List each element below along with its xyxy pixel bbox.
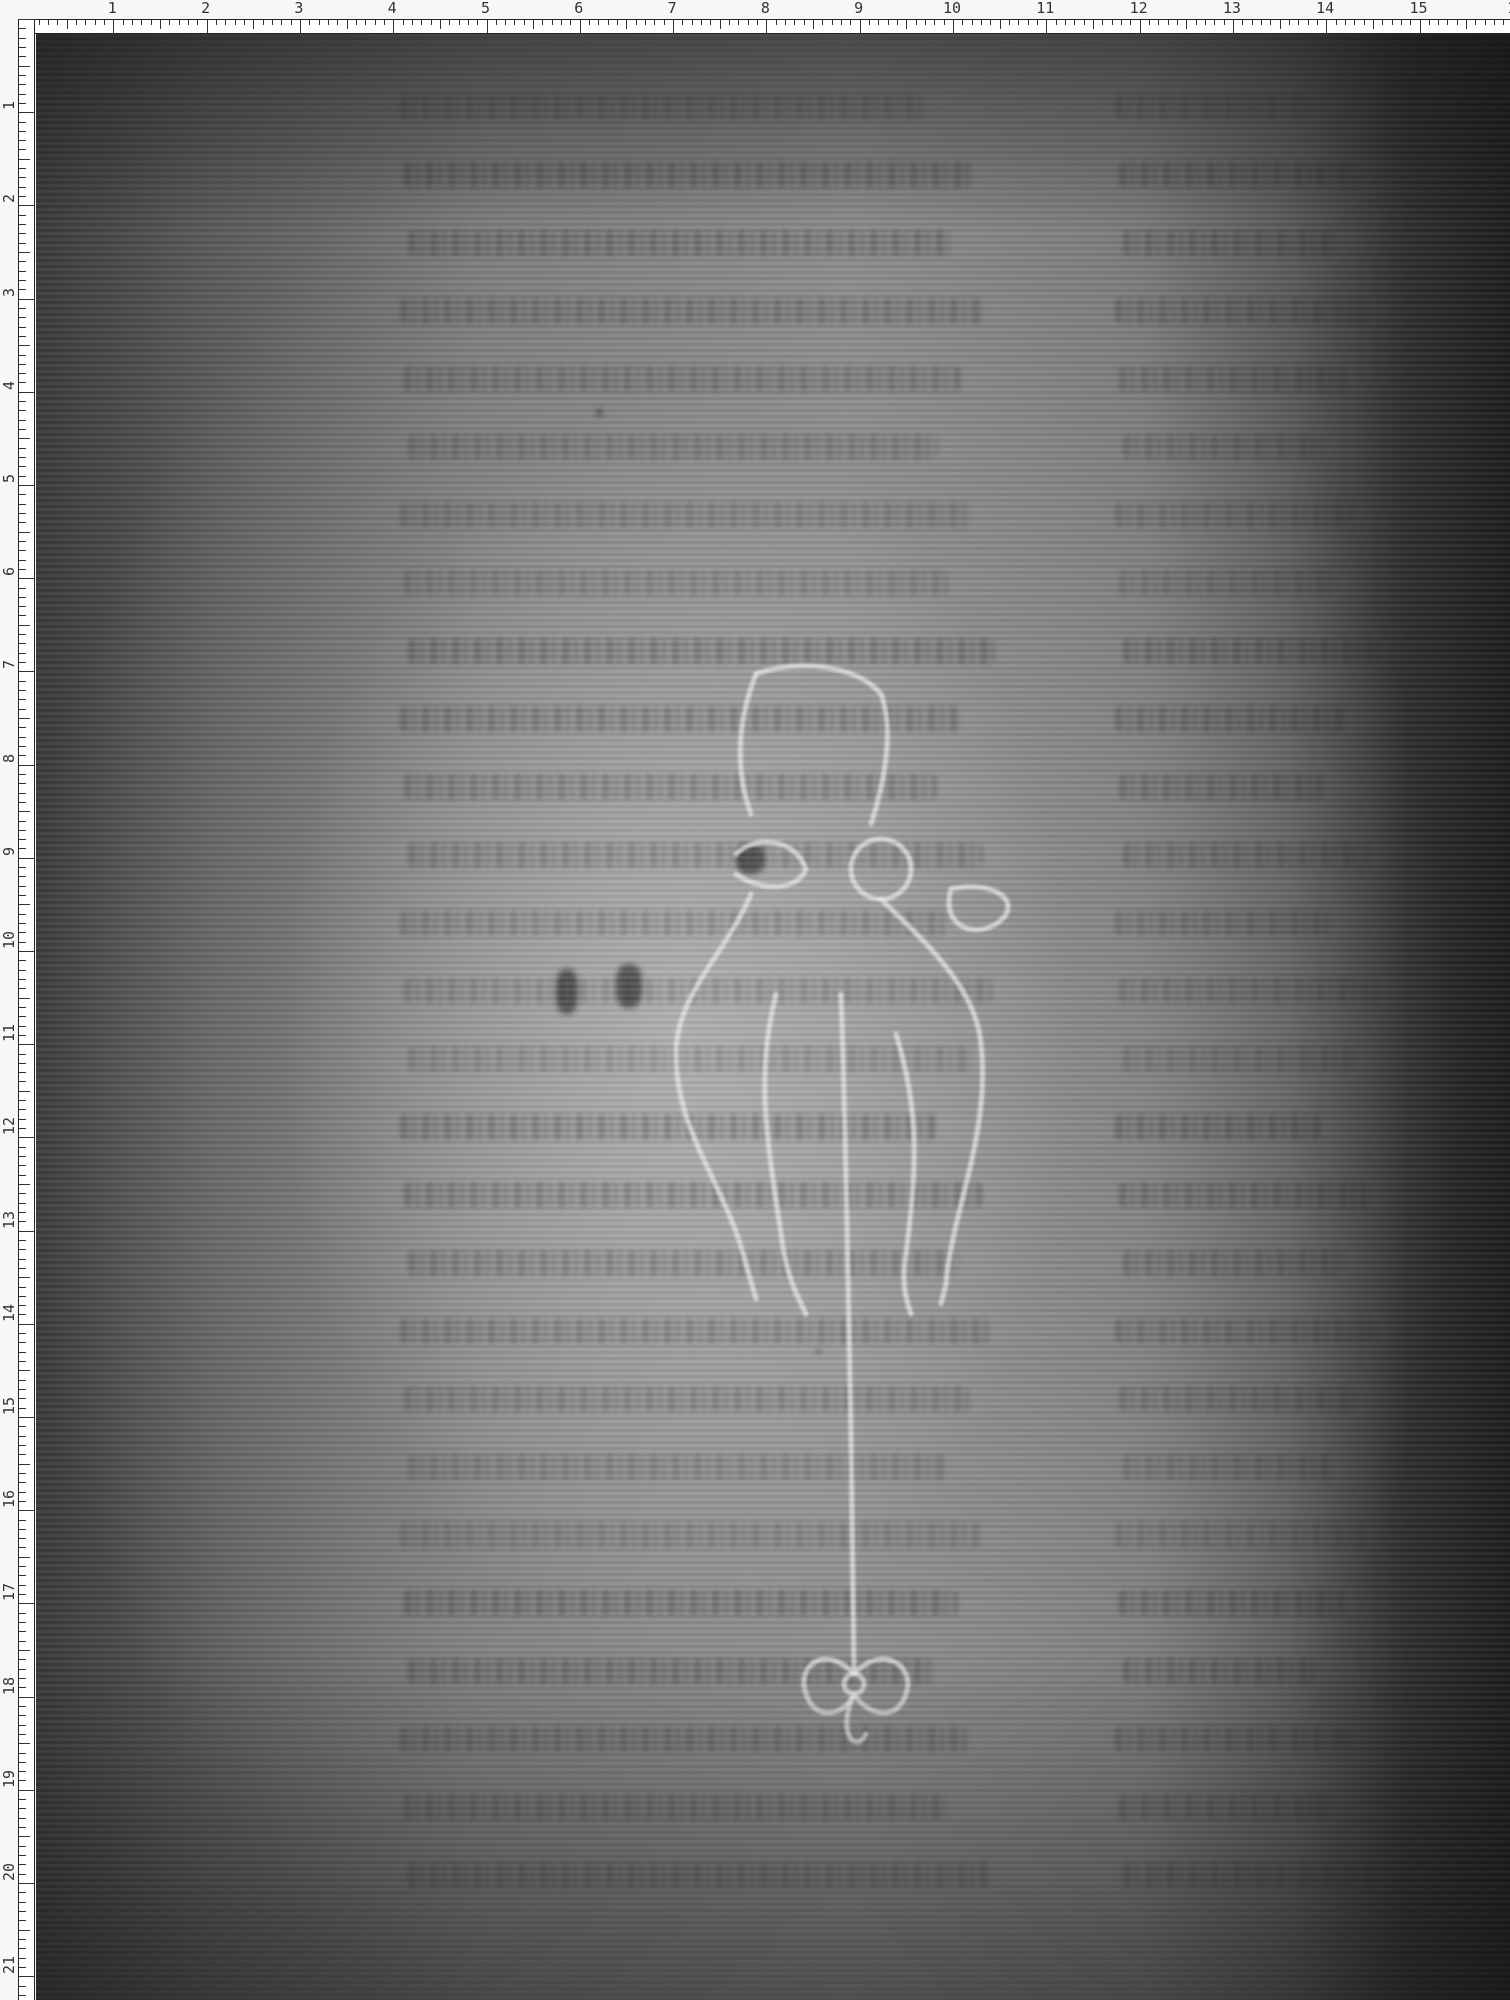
ruler-tick xyxy=(440,20,441,29)
ruler-tick xyxy=(1186,20,1187,29)
ruler-tick xyxy=(822,20,823,25)
ruler-tick xyxy=(19,802,26,803)
ruler-label: 7 xyxy=(668,0,677,16)
ruler-label: 3 xyxy=(294,0,303,16)
ruler-tick xyxy=(19,1697,35,1698)
ruler-tick xyxy=(664,20,665,25)
ruler-label: 21 xyxy=(1,1956,17,1974)
ruler-tick xyxy=(19,1725,26,1726)
ruler-tick xyxy=(729,20,730,25)
ruler-tick xyxy=(1214,20,1215,25)
ruler-tick xyxy=(953,20,954,34)
ruler-tick xyxy=(19,1054,26,1055)
ruler-tick xyxy=(19,1221,26,1222)
ruler-tick xyxy=(19,1492,26,1493)
ruler-tick xyxy=(160,20,161,29)
ruler-tick xyxy=(19,1622,26,1623)
ruler-tick xyxy=(19,1370,30,1371)
ruler-tick xyxy=(888,20,889,25)
ruler-tick xyxy=(19,476,26,477)
ruler-tick xyxy=(1345,20,1346,25)
ruler-tick xyxy=(19,970,26,971)
ruler-tick xyxy=(19,1920,26,1921)
ruler-label: 8 xyxy=(761,0,770,16)
ruler-tick xyxy=(19,625,30,626)
ruler-tick xyxy=(19,494,26,495)
ruler-tick xyxy=(19,1669,26,1670)
ruler-tick xyxy=(570,20,571,25)
ruler-tick xyxy=(19,886,26,887)
ruler-tick xyxy=(19,317,26,318)
ruler-tick xyxy=(19,718,30,719)
ruler-label: 13 xyxy=(1,1211,17,1229)
ruler-tick xyxy=(1224,20,1225,25)
ruler-tick xyxy=(347,20,348,29)
ruler-tick xyxy=(1121,20,1122,25)
ruler-tick xyxy=(1261,20,1262,25)
ruler-tick xyxy=(1447,20,1448,25)
ruler-tick xyxy=(1438,20,1439,25)
ruler-tick xyxy=(19,75,26,76)
ruler-tick xyxy=(19,1417,35,1418)
ruler-tick xyxy=(19,1846,26,1847)
ruler-tick xyxy=(19,215,26,216)
ruler-tick xyxy=(19,1790,35,1791)
ruler-tick xyxy=(19,252,30,253)
ruler-tick xyxy=(19,1967,26,1968)
ruler-label: 6 xyxy=(574,0,583,16)
ruler-tick xyxy=(19,289,26,290)
ruler-tick xyxy=(19,1100,26,1101)
ruler-tick xyxy=(19,1436,26,1437)
ruler-tick xyxy=(19,1026,26,1027)
ruler-tick xyxy=(19,373,26,374)
ruler-label: 12 xyxy=(1,1117,17,1135)
ruler-tick xyxy=(19,159,30,160)
ruler-tick xyxy=(19,709,26,710)
ruler-tick xyxy=(19,942,26,943)
ruler-tick xyxy=(1364,20,1365,25)
ruler-label: 11 xyxy=(1,1024,17,1042)
ruler-tick xyxy=(19,56,26,57)
ruler-tick xyxy=(39,20,40,25)
ruler-tick xyxy=(19,643,26,644)
ruler-tick xyxy=(19,1594,26,1595)
ruler-tick xyxy=(580,20,581,34)
ruler-tick xyxy=(19,606,26,607)
ruler-tick xyxy=(19,345,30,346)
ruler-tick xyxy=(608,20,609,25)
ruler-tick xyxy=(19,1482,26,1483)
ruler-tick xyxy=(300,20,301,34)
ruler-tick xyxy=(1410,20,1411,25)
ruler-tick xyxy=(19,783,26,784)
ruler-tick xyxy=(934,20,935,25)
ruler-tick xyxy=(19,168,26,169)
ruler-tick xyxy=(19,1137,35,1138)
ruler-tick xyxy=(19,1193,26,1194)
ruler-tick xyxy=(1046,20,1047,34)
ruler-tick xyxy=(19,84,26,85)
ruler-tick xyxy=(375,20,376,25)
ruler-tick xyxy=(654,20,655,25)
ruler-tick xyxy=(1289,20,1290,25)
ruler-tick xyxy=(1242,20,1243,25)
ruler-tick xyxy=(19,1296,26,1297)
ruler-tick xyxy=(19,522,26,523)
ruler-tick xyxy=(1326,20,1327,34)
ruler-tick xyxy=(19,1706,26,1707)
ruler-tick xyxy=(19,1249,26,1250)
ruler-tick xyxy=(776,20,777,25)
ruler-tick xyxy=(841,20,842,25)
ruler-tick xyxy=(19,131,26,132)
ruler-tick xyxy=(19,28,26,29)
ruler-tick xyxy=(19,634,26,635)
ruler-tick xyxy=(701,20,702,25)
ruler-tick xyxy=(19,848,26,849)
ruler-tick xyxy=(1130,20,1131,25)
ruler-tick xyxy=(19,1156,26,1157)
ruler-tick xyxy=(19,1175,26,1176)
ruler-tick xyxy=(67,20,68,29)
ruler-tick xyxy=(1466,20,1467,29)
ruler-label: 8 xyxy=(1,754,17,763)
ruler-tick xyxy=(19,1240,26,1241)
ruler-tick xyxy=(19,914,26,915)
ruler-tick xyxy=(19,1389,26,1390)
ruler-tick xyxy=(19,94,26,95)
ruler-tick xyxy=(19,1268,26,1269)
ruler-tick xyxy=(748,20,749,25)
ruler-tick xyxy=(19,960,26,961)
ruler-tick xyxy=(468,20,469,25)
ruler-tick xyxy=(598,20,599,25)
ruler-tick xyxy=(19,19,35,20)
ruler-tick xyxy=(244,20,245,25)
ruler-tick xyxy=(636,20,637,25)
ruler-label: 5 xyxy=(481,0,490,16)
ruler-tick xyxy=(431,20,432,25)
ruler-tick xyxy=(1009,20,1010,25)
manuscript-scan xyxy=(36,34,1510,2000)
ruler-tick xyxy=(1158,20,1159,25)
ruler-tick xyxy=(291,20,292,25)
ruler-tick xyxy=(19,429,26,430)
ruler-tick xyxy=(95,20,96,25)
ruler-tick xyxy=(19,932,26,933)
ruler-tick xyxy=(19,951,35,952)
ruler-tick xyxy=(328,20,329,25)
ruler-tick xyxy=(710,20,711,25)
ruler-tick xyxy=(19,1855,26,1856)
ruler-tick xyxy=(19,1352,26,1353)
ruler-tick xyxy=(1308,20,1309,25)
ruler-tick xyxy=(19,671,35,672)
ruler-tick xyxy=(19,485,35,486)
ruler-tick xyxy=(19,1753,26,1754)
ruler-tick xyxy=(514,20,515,25)
ruler-tick xyxy=(19,653,26,654)
ruler-tick xyxy=(925,20,926,25)
ruler-label: 13 xyxy=(1223,0,1241,16)
ruler-tick xyxy=(19,1035,26,1036)
ruler-tick xyxy=(19,1342,26,1343)
ruler-tick xyxy=(1457,20,1458,25)
ruler-label: 3 xyxy=(1,288,17,297)
ruler-label: 12 xyxy=(1130,0,1148,16)
ruler-tick xyxy=(19,1184,30,1185)
ruler-tick xyxy=(757,20,758,25)
ruler-tick xyxy=(19,1995,26,1996)
ruler-tick xyxy=(850,20,851,25)
ruler-tick xyxy=(1485,20,1486,25)
ruler-tick xyxy=(19,177,26,178)
ruler-tick xyxy=(19,1902,26,1903)
ruler-tick xyxy=(132,20,133,25)
ruler-tick xyxy=(141,20,142,25)
ruler-tick xyxy=(897,20,898,25)
ruler-tick xyxy=(524,20,525,25)
ruler-tick xyxy=(19,1547,26,1548)
ruler-tick xyxy=(365,20,366,25)
ruler-tick xyxy=(981,20,982,25)
ruler-tick xyxy=(990,20,991,25)
ruler-tick xyxy=(1252,20,1253,25)
ruler-tick xyxy=(19,392,35,393)
ruler-tick xyxy=(19,597,26,598)
ruler-label: 7 xyxy=(1,660,17,669)
ruler-tick xyxy=(19,299,35,300)
ruler-tick xyxy=(552,20,553,25)
ruler-tick xyxy=(1028,20,1029,25)
ruler-tick xyxy=(19,38,26,39)
ruler-tick xyxy=(962,20,963,25)
ruler-tick xyxy=(19,382,26,383)
ruler-tick xyxy=(403,20,404,25)
ruler-tick xyxy=(19,243,26,244)
ruler-tick xyxy=(421,20,422,25)
ruler-tick xyxy=(692,20,693,25)
ruler-tick xyxy=(19,1958,26,1959)
ruler-tick xyxy=(337,20,338,25)
ruler-tick xyxy=(19,1659,26,1660)
ruler-label: 9 xyxy=(854,0,863,16)
ruler-tick xyxy=(19,1650,30,1651)
ruler-tick xyxy=(19,1631,26,1632)
ruler-tick xyxy=(19,681,26,682)
ruler-tick xyxy=(1233,20,1234,34)
ruler-tick xyxy=(505,20,506,25)
ruler-tick xyxy=(104,20,105,25)
ruler-label: 9 xyxy=(1,847,17,856)
ruler-tick xyxy=(19,1762,26,1763)
ruler-tick xyxy=(19,1147,26,1148)
ruler-tick xyxy=(720,20,721,29)
ruler-tick xyxy=(19,1538,26,1539)
ruler-tick xyxy=(19,1398,26,1399)
ruler-label: 15 xyxy=(1,1397,17,1415)
ruler-tick xyxy=(113,20,114,34)
ruler-tick xyxy=(1140,20,1141,34)
ruler-tick xyxy=(19,1930,30,1931)
ruler-tick xyxy=(860,20,861,34)
ruler-tick xyxy=(19,746,26,747)
ruler-tick xyxy=(19,261,26,262)
ruler-tick xyxy=(19,122,26,123)
ruler-tick xyxy=(1000,20,1001,29)
ruler-tick xyxy=(393,20,394,34)
ruler-tick xyxy=(1420,20,1421,34)
ruler-tick xyxy=(19,112,35,113)
ruler-tick xyxy=(19,196,26,197)
ruler-tick xyxy=(19,1091,30,1092)
ruler-tick xyxy=(542,20,543,25)
ruler-tick xyxy=(19,923,26,924)
ruler-tick xyxy=(496,20,497,25)
ruler-tick xyxy=(272,20,273,25)
ruler-tick xyxy=(1475,20,1476,25)
ruler-tick xyxy=(19,1454,26,1455)
ruler-tick xyxy=(197,20,198,25)
ruler-tick xyxy=(19,979,26,980)
ruler-tick xyxy=(19,876,26,877)
ruler-label: 19 xyxy=(1,1770,17,1788)
ruler-tick xyxy=(19,755,26,756)
ruler-tick xyxy=(19,1585,26,1586)
ruler-tick xyxy=(19,1799,26,1800)
ruler-tick xyxy=(19,1734,26,1735)
ruler-label: 17 xyxy=(1,1583,17,1601)
ruler-tick xyxy=(19,1277,30,1278)
ruler-label: 2 xyxy=(201,0,210,16)
ruler-tick xyxy=(449,20,450,25)
ruler-tick xyxy=(1056,20,1057,25)
ruler-tick xyxy=(19,1109,26,1110)
ruler-tick xyxy=(19,364,26,365)
ruler-tick xyxy=(281,20,282,25)
ruler-tick xyxy=(19,187,26,188)
vertical-ruler-strip xyxy=(18,19,35,2000)
ruler-tick xyxy=(19,578,35,579)
ruler-tick xyxy=(533,20,534,29)
ruler-tick xyxy=(19,662,26,663)
ruler-tick xyxy=(19,541,26,542)
ruler-tick xyxy=(459,20,460,25)
ruler-tick xyxy=(19,1678,26,1679)
ruler-label: 4 xyxy=(1,381,17,390)
ruler-tick xyxy=(19,1566,26,1567)
ruler-tick xyxy=(19,1445,26,1446)
ruler-tick xyxy=(19,1119,26,1120)
ruler-tick xyxy=(19,224,26,225)
ruler-tick xyxy=(19,1063,26,1064)
ruler-tick xyxy=(1503,20,1504,25)
ruler-tick xyxy=(19,1976,35,1977)
ruler-tick xyxy=(19,1827,26,1828)
ruler-tick xyxy=(169,20,170,25)
ruler-tick xyxy=(1401,20,1402,25)
ruler-tick xyxy=(309,20,310,25)
ruler-tick xyxy=(19,1948,26,1949)
ruler-tick xyxy=(19,867,26,868)
ruler-tick xyxy=(85,20,86,25)
ruler-tick xyxy=(1074,20,1075,25)
ruler-tick xyxy=(19,1743,30,1744)
ruler-tick xyxy=(412,20,413,25)
ruler-tick xyxy=(19,420,26,421)
ruler-label: 18 xyxy=(1,1677,17,1695)
ruler-label: 2 xyxy=(1,194,17,203)
ruler-tick xyxy=(19,569,26,570)
ruler-tick xyxy=(682,20,683,25)
ruler-tick xyxy=(1168,20,1169,25)
ruler-tick xyxy=(19,904,30,905)
horizontal-ruler: 01234567891011121314151 xyxy=(0,0,1510,34)
ruler-tick xyxy=(1354,20,1355,25)
ruler-tick xyxy=(19,1520,26,1521)
ruler-tick xyxy=(19,998,30,999)
ruler-tick xyxy=(19,1575,26,1576)
ruler-tick xyxy=(19,811,30,812)
ruler-tick xyxy=(253,20,254,29)
ruler-tick xyxy=(19,280,26,281)
ruler-tick xyxy=(477,20,478,25)
ruler-tick xyxy=(19,149,26,150)
ruler-tick xyxy=(19,1715,26,1716)
ruler-tick xyxy=(179,20,180,25)
ruler-tick xyxy=(785,20,786,25)
ruler-tick xyxy=(19,66,30,67)
ruler-tick xyxy=(19,858,35,859)
ruler-tick xyxy=(19,1072,26,1073)
ruler-tick xyxy=(626,20,627,29)
ruler-tick xyxy=(19,532,30,533)
ruler-tick xyxy=(1149,20,1150,25)
ruler-tick xyxy=(19,1081,26,1082)
ruler-tick xyxy=(19,1892,26,1893)
ruler-tick xyxy=(19,1911,26,1912)
ruler-tick xyxy=(19,1287,26,1288)
ruler-tick xyxy=(19,1864,26,1865)
ruler-tick xyxy=(19,1380,26,1381)
ruler-label: 15 xyxy=(1409,0,1427,16)
ruler-tick xyxy=(19,830,26,831)
ruler-tick xyxy=(19,1501,26,1502)
ruler-tick xyxy=(1196,20,1197,25)
ruler-tick xyxy=(906,20,907,29)
ruler-tick xyxy=(972,20,973,25)
ruler-tick xyxy=(645,20,646,25)
ruler-tick xyxy=(1205,20,1206,25)
ruler-tick xyxy=(263,20,264,25)
ruler-tick xyxy=(19,410,26,411)
ruler-tick xyxy=(869,20,870,25)
ruler-tick xyxy=(19,1836,30,1837)
ruler-tick xyxy=(766,20,767,34)
ruler-tick xyxy=(19,1603,35,1604)
ruler-label: 5 xyxy=(1,474,17,483)
ruler-tick xyxy=(1112,20,1113,25)
ruler-tick xyxy=(151,20,152,25)
ruler-tick xyxy=(19,737,26,738)
ruler-tick xyxy=(19,1771,26,1772)
ruler-tick xyxy=(19,1016,26,1017)
ruler-tick xyxy=(1392,20,1393,25)
ruler-tick xyxy=(19,839,26,840)
ruler-tick xyxy=(19,1818,26,1819)
ruler-tick xyxy=(944,20,945,25)
